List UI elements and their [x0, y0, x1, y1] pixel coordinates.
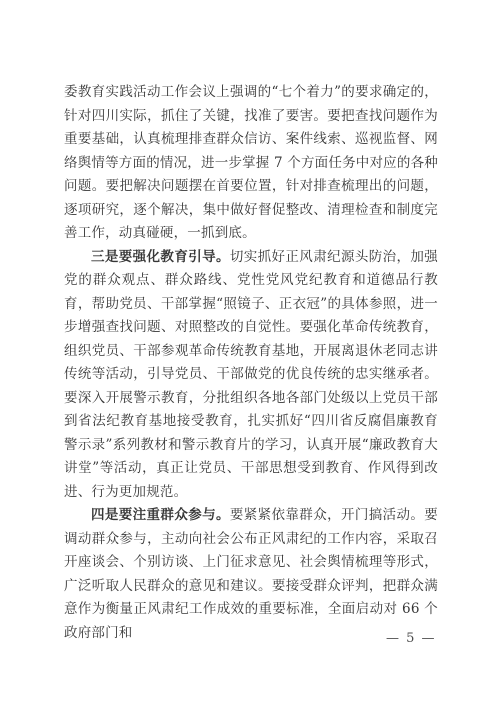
paragraph-lead: 三是要强化教育引导。 — [91, 249, 230, 265]
paragraph-text: 委教育实践活动工作会议上强调的“七个着力”的要求确定的，针对四川实际，抓住了关键… — [64, 84, 438, 241]
page-number: — 5 — — [386, 630, 436, 648]
document-page: 委教育实践活动工作会议上强调的“七个着力”的要求确定的，针对四川实际，抓住了关键… — [0, 0, 500, 707]
paragraph-continuation: 委教育实践活动工作会议上强调的“七个着力”的要求确定的，针对四川实际，抓住了关键… — [64, 81, 438, 246]
document-body: 委教育实践活动工作会议上强调的“七个着力”的要求确定的，针对四川实际，抓住了关键… — [64, 81, 438, 645]
paragraph-point-three: 三是要强化教育引导。切实抓好正风肃纪源头防治，加强党的群众观点、群众路线、党性党… — [64, 246, 438, 505]
paragraph-text: 切实抓好正风肃纪源头防治，加强党的群众观点、群众路线、党性党风党纪教育和道德品行… — [64, 249, 438, 500]
paragraph-text: 要紧紧依靠群众，开门搞活动。要调动群众参与，主动向社会公布正风肃纪的工作内容，采… — [64, 507, 438, 641]
paragraph-lead: 四是要注重群众参与。 — [91, 507, 230, 523]
paragraph-point-four: 四是要注重群众参与。要紧紧依靠群众，开门搞活动。要调动群众参与，主动向社会公布正… — [64, 504, 438, 645]
